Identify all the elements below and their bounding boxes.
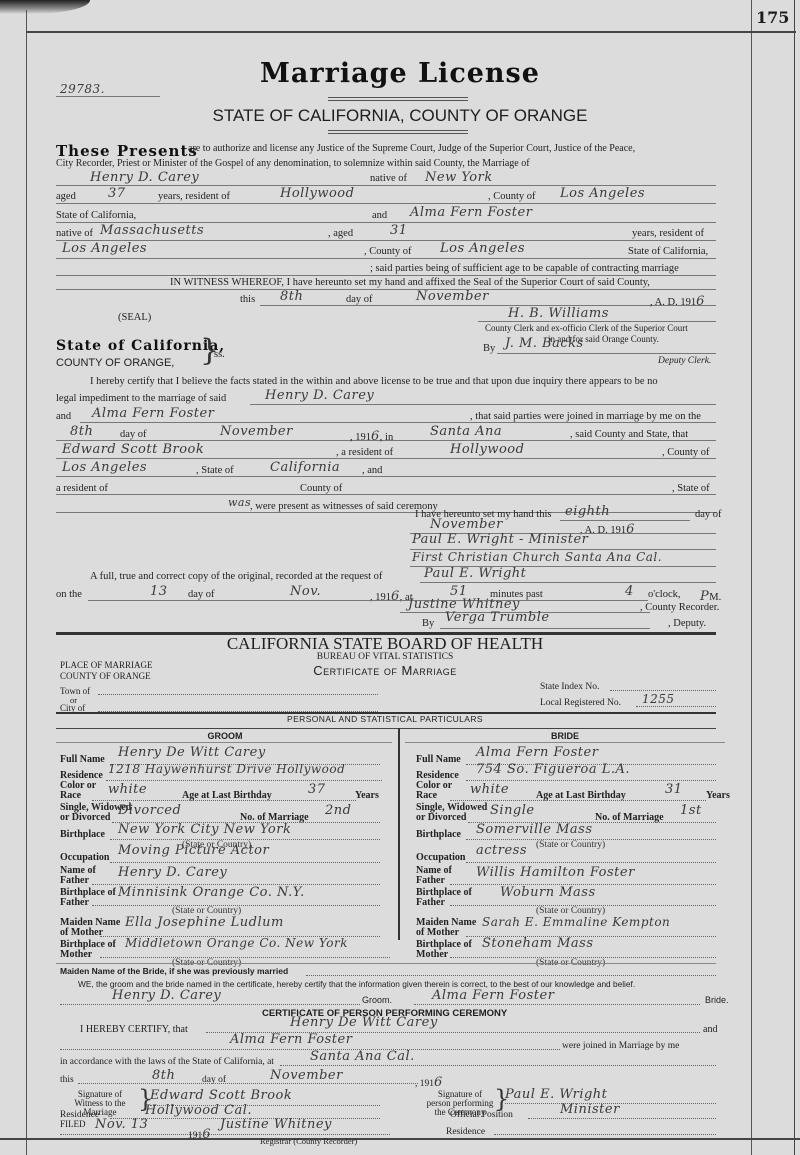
page-number: 175 (756, 8, 789, 27)
document-page: 175 29783. Marriage License STATE OF CAL… (0, 0, 800, 1155)
bride-father-birthplace: Woburn Mass (500, 885, 596, 900)
cert-month: November (220, 424, 293, 439)
maiden-name-field (306, 975, 716, 976)
license-month-field: November (416, 289, 489, 304)
hand-month: November (430, 517, 503, 532)
groom-father: Henry D. Carey (118, 865, 227, 880)
cert-place: Santa Ana (430, 424, 502, 439)
groom-mother-birthplace: Middletown Orange Co. New York (125, 936, 348, 950)
page-edge-shadow (0, 0, 90, 14)
groom-marriage-number: 2nd (325, 803, 351, 818)
local-registered-number: 1255 (642, 692, 675, 706)
license-day-field: 8th (280, 289, 303, 304)
ceremony-day: 8th (152, 1068, 175, 1083)
recording-requester: Paul E. Wright (424, 566, 526, 581)
witness1-residence: Hollywood (450, 442, 524, 457)
cert-groom-full-name: Henry De Witt Carey (290, 1015, 438, 1030)
witness-signature: Edward Scott Brook (150, 1088, 292, 1103)
state-index-field (610, 690, 716, 691)
groom-residence: 1218 Haywenhurst Drive Hollywood (108, 762, 345, 776)
bride-marriage-number: 1st (680, 803, 702, 818)
bride-marital-status: Single (490, 803, 535, 818)
groom-mother-maiden-name: Ella Josephine Ludlum (125, 915, 284, 930)
groom-signature: Henry D. Carey (112, 988, 221, 1003)
cert-bride-full-name: Alma Fern Foster (230, 1032, 352, 1047)
bride-residence-field: Los Angeles (62, 241, 147, 256)
recording-day: 13 (150, 584, 168, 599)
person-residence-field (494, 1134, 716, 1135)
witness-residence: Hollywood Cal. (145, 1103, 252, 1118)
bride-full-name: Alma Fern Foster (476, 745, 598, 760)
right-edge-line (794, 0, 795, 1155)
groom-county-field: Los Angeles (560, 186, 645, 201)
groom-residence-field: Hollywood (280, 186, 354, 201)
registrar-signature: Justine Whitney (220, 1117, 332, 1132)
board-title: CALIFORNIA STATE BOARD OF HEALTH (0, 634, 770, 654)
top-rule (26, 31, 796, 33)
deputy-clerk-signature: J. M. Backs (505, 336, 584, 351)
cert-bride-name: Alma Fern Foster (92, 406, 214, 421)
filed-date: Nov. 13 (95, 1117, 148, 1132)
officiant-signature-line-1: Paul E. Wright - Minister (412, 532, 588, 547)
left-margin-line (26, 10, 27, 1155)
maiden-name-label: Maiden Name of the Bride, if she was pre… (60, 966, 288, 976)
bride-occupation: actress (476, 843, 527, 858)
hand-day: eighth (565, 504, 610, 519)
county-heading: COUNTY OF ORANGE, (56, 357, 174, 369)
recording-hour: 4 (625, 584, 634, 599)
ceremony-date-label: this (60, 1075, 74, 1085)
bottom-rule (0, 1138, 800, 1140)
cert-day: 8th (70, 424, 93, 439)
officiant-signature-line-2: First Christian Church Santa Ana Cal. (412, 550, 662, 564)
column-divider (398, 728, 400, 940)
recording-month: Nov. (290, 584, 321, 599)
groom-color: white (108, 782, 147, 797)
bride-name-field: Alma Fern Foster (410, 205, 532, 220)
license-title: Marriage License (0, 58, 800, 89)
bride-age-field: 31 (390, 223, 408, 238)
bride-signature: Alma Fern Foster (432, 988, 554, 1003)
bride-mother-birthplace: Stoneham Mass (482, 936, 594, 951)
bride-mother-maiden-name: Sarah E. Emmaline Kempton (482, 915, 670, 929)
groom-age: 37 (308, 782, 326, 797)
bride-county-field: Los Angeles (440, 241, 525, 256)
groom-age-field: 37 (108, 186, 126, 201)
license-year-label: , A. D. 1916 (650, 294, 705, 309)
groom-full-name: Henry De Witt Carey (118, 745, 266, 760)
groom-birthplace: New York City New York (118, 822, 291, 837)
groom-occupation: Moving Picture Actor (118, 843, 269, 858)
recording-deputy-signature: Verga Trumble (445, 610, 550, 625)
bride-heading: BRIDE (405, 731, 725, 741)
groom-name-field: Henry D. Carey (90, 170, 199, 185)
cert-groom-name: Henry D. Carey (265, 388, 374, 403)
witness1-state: California (270, 460, 340, 475)
groom-father-birthplace: Minnisink Orange Co. N.Y. (118, 885, 305, 900)
license-subtitle: STATE OF CALIFORNIA, COUNTY OF ORANGE (0, 106, 800, 126)
groom-marital-status: Divorced (118, 803, 181, 818)
particulars-heading: PERSONAL AND STATISTICAL PARTICULARS (0, 714, 770, 724)
clerk-signature: H. B. Williams (508, 306, 609, 321)
ceremony-month: November (270, 1068, 343, 1083)
witness1-name: Edward Scott Brook (62, 442, 204, 457)
bride-native-of-field: Massachusetts (100, 223, 204, 238)
seal-label: (SEAL) (118, 312, 151, 323)
official-position: Minister (560, 1102, 620, 1117)
bride-father: Willis Hamilton Foster (476, 865, 635, 880)
right-margin-line (751, 0, 752, 1155)
groom-heading: GROOM (60, 731, 390, 741)
bride-color: white (470, 782, 509, 797)
cert-place: Santa Ana Cal. (310, 1049, 415, 1064)
bride-birthplace: Somerville Mass (476, 822, 593, 837)
bride-age: 31 (665, 782, 683, 797)
witness1-county: Los Angeles (62, 460, 147, 475)
bride-residence: 754 So. Figueroa L.A. (476, 762, 630, 777)
person-performing-signature: Paul E. Wright (505, 1087, 607, 1102)
groom-native-of-field: New York (425, 170, 493, 185)
